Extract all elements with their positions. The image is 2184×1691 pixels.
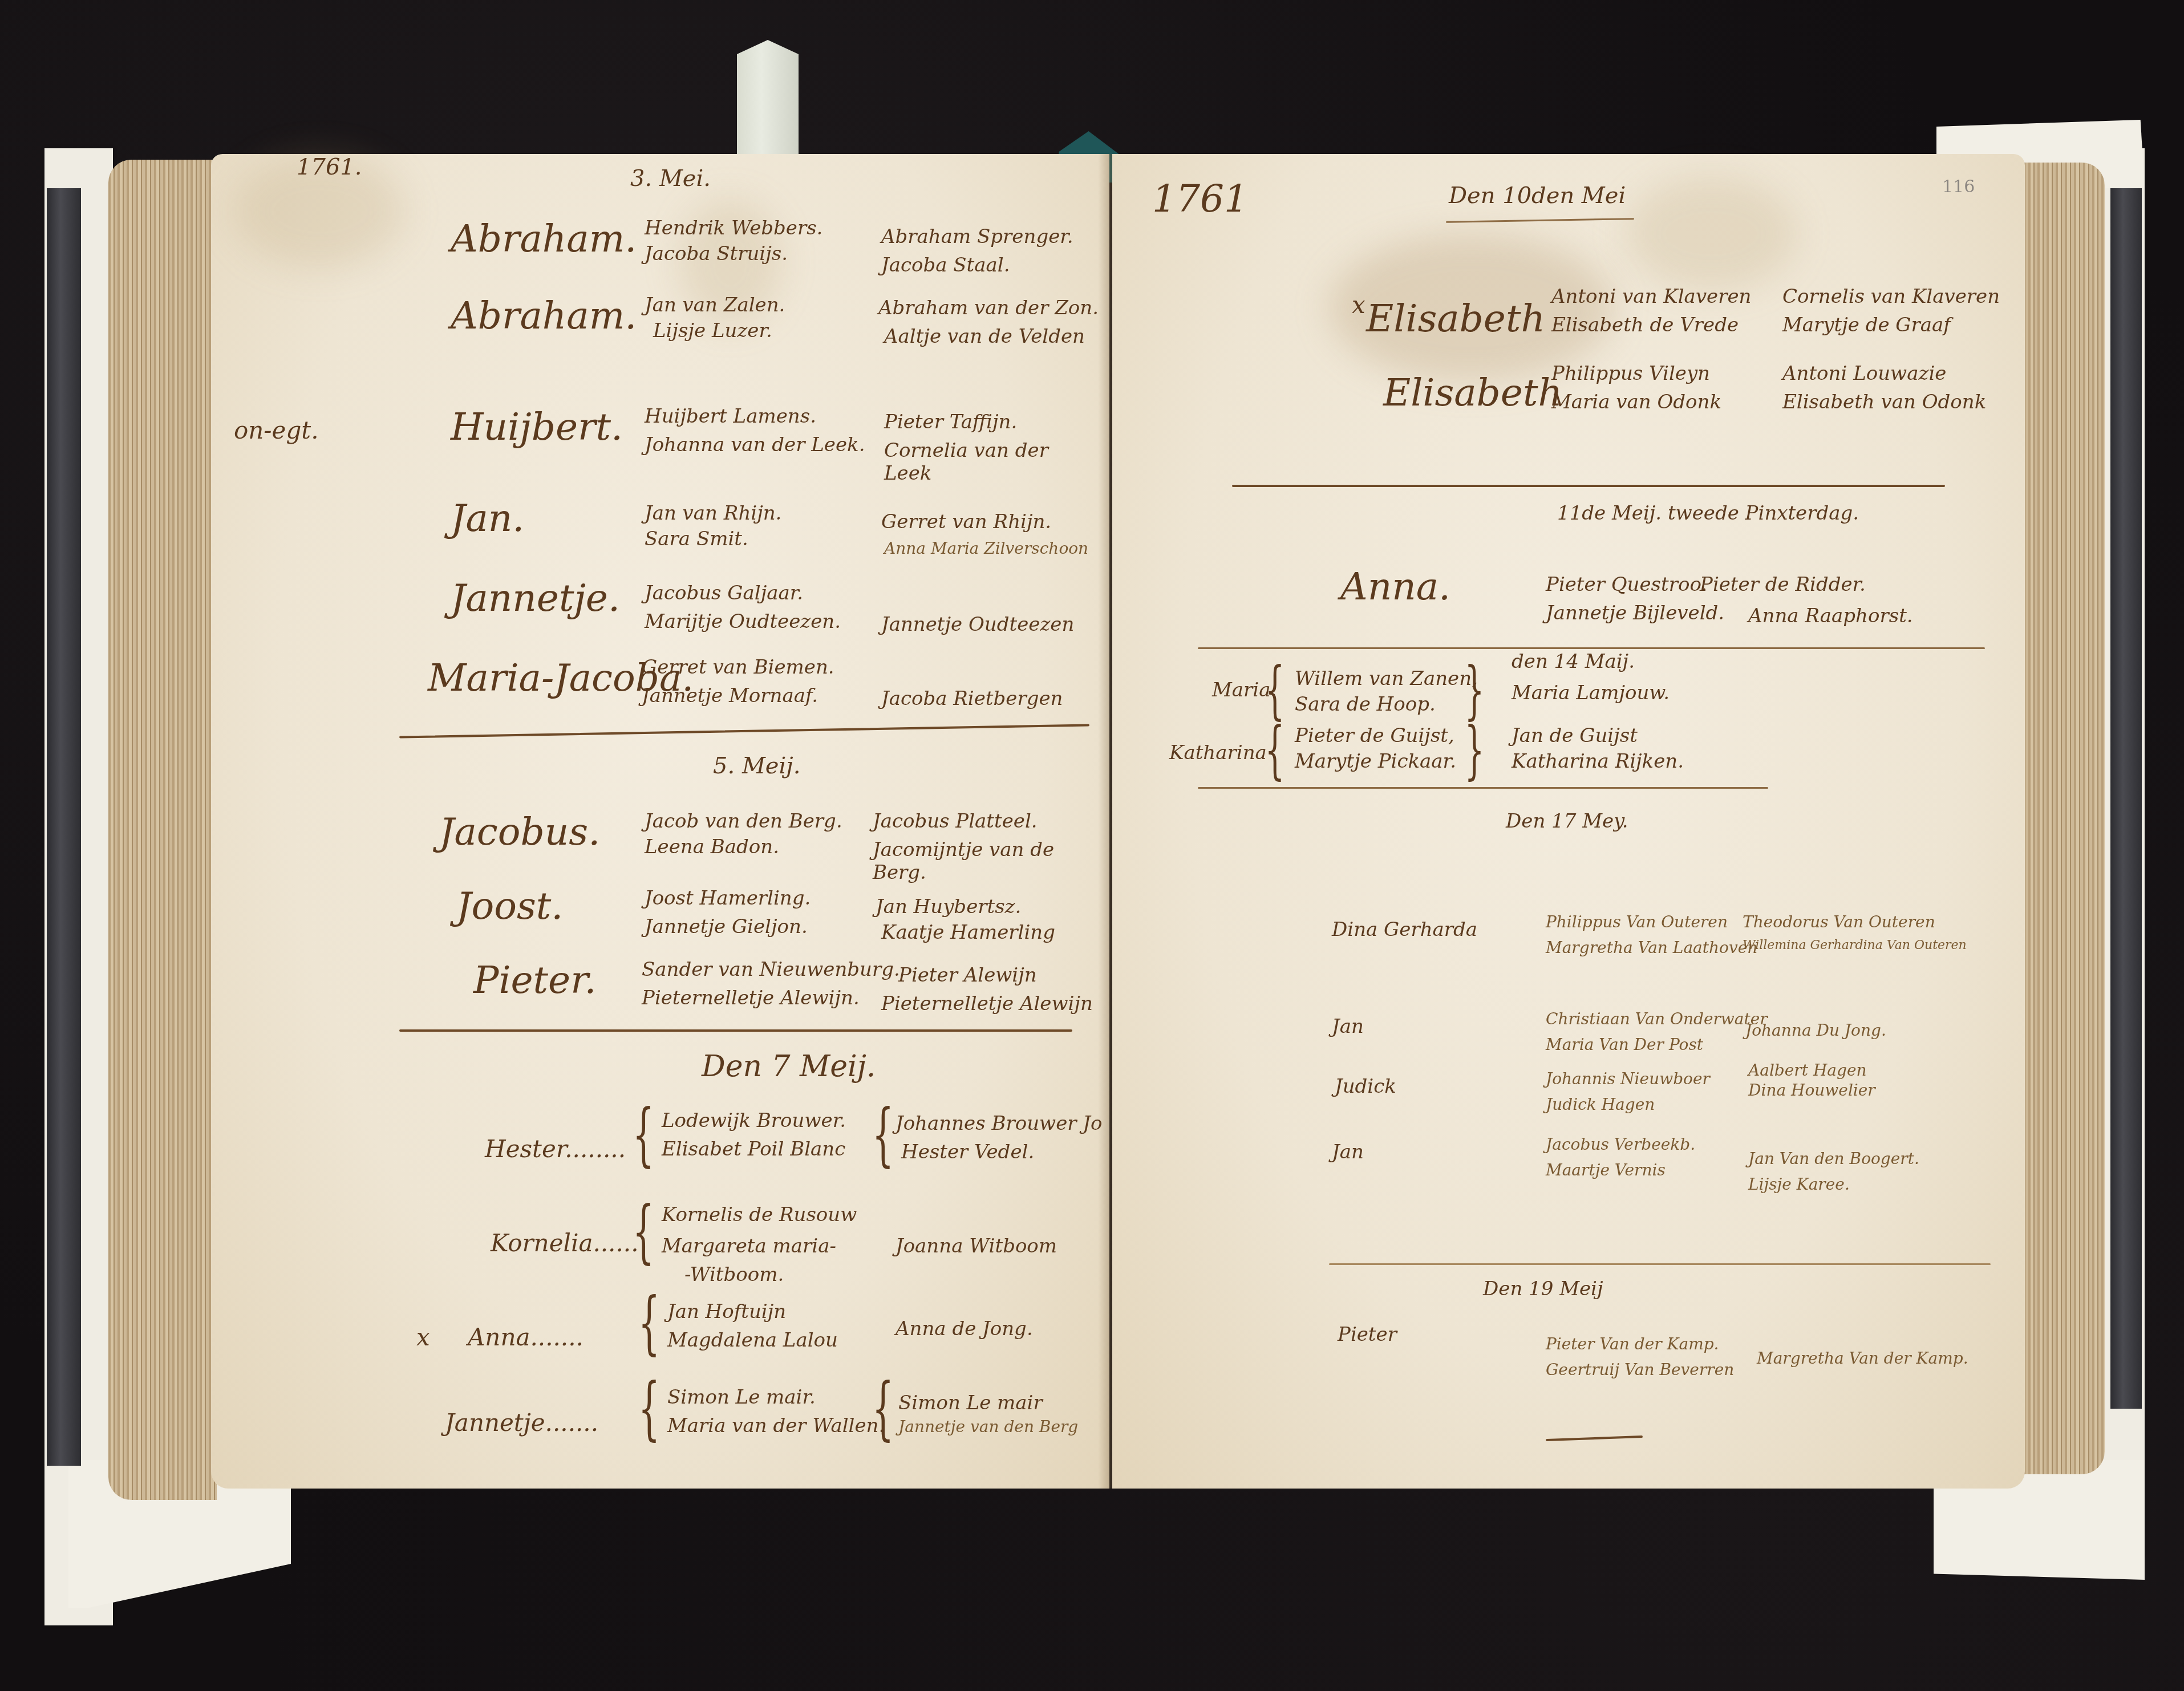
child-name: Pieter: [1338, 1323, 1397, 1346]
mother-name: Jacoba Struijs.: [645, 242, 788, 265]
mother-name: Marijtje Oudteezen.: [645, 610, 841, 633]
legitimacy-note: on-egt.: [234, 416, 319, 444]
section-divider: [1329, 1263, 1991, 1265]
witness-name: Anna Maria Zilverschoon: [884, 539, 1088, 558]
right-page: 1761 Den 10den Mei 116 x Elisabeth Anton…: [1112, 154, 2025, 1489]
father-name: Kornelis de Rusouw: [662, 1203, 857, 1226]
bracket: {: [872, 1101, 894, 1169]
mother-name: Maria van Odonk: [1551, 391, 1721, 413]
mother-name: Pieternelletje Alewijn.: [642, 987, 860, 1009]
witness-name: Anna de Jong.: [896, 1317, 1033, 1340]
father-name: Philippus Van Outeren: [1546, 913, 1728, 931]
child-name: Elisabeth: [1383, 371, 1562, 415]
mother-name: Sara de Hoop.: [1295, 693, 1436, 716]
witness-name: Marytje de Graaf: [1782, 314, 1951, 336]
child-name: Jan: [1332, 1141, 1364, 1163]
father-name: Pieter Van der Kamp.: [1546, 1335, 1719, 1353]
witness-name: Margretha Van der Kamp.: [1757, 1349, 1968, 1368]
child-name: Katharina: [1169, 741, 1267, 764]
mother-name: Lijsje Luzer.: [653, 319, 772, 342]
father-name: Gerret van Biemen.: [642, 656, 834, 679]
year-label: 1761: [1152, 177, 1248, 221]
witness-name: Jan Van den Boogert.: [1748, 1149, 1919, 1168]
date-heading: 3. Mei.: [630, 165, 711, 192]
date-heading: 5. Meij.: [713, 753, 800, 779]
child-name: Pieter.: [473, 958, 596, 1002]
mother-name: Margareta maria-: [662, 1235, 836, 1258]
witness-name: Jan de Guijst: [1512, 724, 1638, 747]
mother-name: Leena Badon.: [645, 836, 779, 858]
bracket: }: [1465, 659, 1485, 721]
witness-name: Jacobus Platteel.: [873, 810, 1038, 833]
father-name: Philippus Vileyn: [1551, 362, 1710, 385]
witness-name: Jacoba Staal.: [881, 254, 1010, 277]
witness-name: Jannetje van den Berg: [898, 1417, 1078, 1436]
bracket: {: [638, 1289, 660, 1357]
witness-name: Gerret van Rhijn.: [881, 510, 1051, 533]
child-name: Kornelia......: [491, 1229, 639, 1257]
witness-name: Elisabeth van Odonk: [1782, 391, 1986, 413]
witness-name: Cornelia van der Leek: [884, 439, 1089, 485]
father-name: Jacob van den Berg.: [645, 810, 842, 833]
child-name: Jacobus.: [439, 810, 600, 854]
section-divider: [1232, 485, 1945, 487]
child-name: Dina Gerharda: [1332, 918, 1477, 941]
mother-name: Elisabeth de Vrede: [1551, 314, 1739, 336]
support-strap-right: [2110, 188, 2142, 1409]
page-block-edges-right: [2019, 163, 2105, 1474]
witness-name: Pieternelletje Alewijn: [881, 992, 1093, 1015]
mother-name: Marytje Pickaar.: [1295, 750, 1456, 773]
child-name: Hester........: [485, 1135, 626, 1163]
witness-name: Aaltje van de Velden: [884, 325, 1085, 348]
witness-name: Theodorus Van Outeren: [1743, 913, 1935, 931]
bracket: {: [633, 1198, 654, 1266]
father-name: Sander van Nieuwenburg.: [642, 958, 900, 981]
witness-name: Antoni Louwazie: [1782, 362, 1946, 385]
bracket: {: [1265, 659, 1285, 721]
witness-name: Joanna Witboom: [896, 1235, 1057, 1258]
child-name: Anna.......: [468, 1323, 584, 1351]
mother-name: Margretha Van Laathoven: [1546, 938, 1757, 957]
child-name: Judick: [1335, 1075, 1396, 1098]
date-heading: 11de Meij. tweede Pinxterdag.: [1557, 502, 1859, 525]
witness-name: Anna Raaphorst.: [1748, 605, 1913, 627]
date-heading: Den 17 Mey.: [1506, 810, 1628, 833]
section-divider: [399, 724, 1089, 738]
mother-name: Judick Hagen: [1546, 1095, 1655, 1114]
father-name: Lodewijk Brouwer.: [662, 1109, 846, 1132]
mother-name: Elisabet Poil Blanc: [662, 1138, 845, 1161]
mother-name: Sara Smit.: [645, 528, 748, 550]
date-heading: Den 10den Mei: [1449, 183, 1626, 209]
father-name: Huijbert Lamens.: [645, 405, 816, 428]
bracket: {: [633, 1101, 654, 1169]
witness-name: Abraham Sprenger.: [881, 225, 1073, 248]
mother-name-cont: -Witboom.: [684, 1263, 784, 1286]
witness-name: Jan Huybertsz.: [876, 895, 1021, 918]
father-name: Hendrik Webbers.: [645, 217, 822, 240]
mother-name: Magdalena Lalou: [667, 1329, 838, 1352]
witness-name: Lijsje Karee.: [1748, 1175, 1850, 1194]
father-name: Willem van Zanen,: [1295, 667, 1478, 690]
witness-name: Maria Lamjouw.: [1512, 682, 1670, 704]
support-strap-left: [47, 188, 81, 1466]
father-name: Pieter de Guijst,: [1295, 724, 1454, 747]
cross-mark: x: [416, 1323, 430, 1351]
bracket: {: [638, 1374, 660, 1443]
mother-name: Maria Van Der Post: [1546, 1035, 1703, 1054]
date-heading: Den 19 Meij: [1483, 1278, 1603, 1300]
mother-name: Geertruij Van Beverren: [1546, 1360, 1734, 1379]
child-name: Huijbert.: [451, 405, 623, 449]
father-name: Antoni van Klaveren: [1551, 285, 1752, 308]
witness-name: Jannetje Oudteezen: [881, 613, 1074, 636]
mother-name: Maria van der Wallen.: [667, 1414, 885, 1437]
bracket: {: [872, 1374, 894, 1443]
section-divider: [1198, 647, 1985, 649]
mother-name: Johanna van der Leek.: [645, 433, 865, 456]
father-name: Jan van Zalen.: [645, 294, 785, 317]
child-name: Anna.: [1340, 565, 1450, 609]
child-name: Abraham.: [451, 294, 637, 338]
child-name: Jan: [1332, 1015, 1364, 1038]
witness-name: Johanna Du Jong.: [1745, 1021, 1886, 1040]
child-name: Jan.: [451, 496, 524, 540]
date-underline: [1446, 218, 1634, 223]
child-name: Joost.: [456, 884, 563, 928]
witness-name: Jacomijntje van de Berg.: [873, 838, 1089, 884]
child-name: Abraham.: [451, 217, 637, 261]
witness-name: Aalbert Hagen: [1748, 1061, 1867, 1080]
father-name: Jacobus Galjaar.: [645, 582, 803, 605]
section-divider: [1198, 787, 1768, 789]
father-name: Joost Hamerling.: [645, 887, 811, 910]
father-name: Jacobus Verbeekb.: [1546, 1135, 1695, 1154]
page-block-edges-left: [108, 160, 217, 1500]
witness-name: Katharina Rijken.: [1512, 750, 1684, 773]
father-name: Jan Hoftuijn: [667, 1300, 786, 1323]
date-heading: Den 7 Meij.: [702, 1049, 876, 1084]
bracket: {: [1265, 719, 1285, 781]
witness-name: Abraham van der Zon.: [878, 297, 1099, 319]
father-name: Pieter Questroo.: [1546, 573, 1707, 596]
year-label: 1761.: [297, 154, 362, 180]
cross-mark: x: [1352, 291, 1365, 319]
mother-name: Jannetje Bijleveld.: [1546, 602, 1724, 625]
water-stain: [1626, 177, 1797, 291]
witness-name: Dina Houwelier: [1748, 1081, 1875, 1100]
witness-name: Johannes Brouwer Jo: [896, 1112, 1102, 1135]
mother-name: Maartje Vernis: [1546, 1161, 1666, 1179]
closing-rule: [1546, 1435, 1643, 1441]
bracket: }: [1465, 719, 1485, 781]
mother-name: Jannetje Gieljon.: [645, 915, 808, 938]
witness-name: Jacoba Rietbergen: [881, 687, 1063, 710]
mother-name: Jannetje Mornaaf.: [642, 684, 818, 707]
date-heading: den 14 Maij.: [1512, 650, 1635, 673]
father-name: Johannis Nieuwboer: [1546, 1069, 1710, 1088]
witness-name: Simon Le mair: [898, 1392, 1043, 1414]
section-divider: [399, 1029, 1072, 1032]
father-name: Simon Le mair.: [667, 1386, 816, 1409]
child-name: Elisabeth: [1366, 297, 1545, 340]
witness-name: Willemina Gerhardina Van Outeren: [1743, 938, 1967, 952]
witness-name: Pieter Taffijn.: [884, 411, 1017, 433]
witness-name: Hester Vedel.: [901, 1141, 1034, 1163]
child-name: Jannetje.......: [445, 1409, 598, 1437]
witness-name: Cornelis van Klaveren: [1782, 285, 2000, 308]
witness-name: Pieter de Ridder.: [1700, 573, 1866, 596]
father-name: Christiaan Van Onderwater: [1546, 1009, 1768, 1028]
page-number: 116: [1942, 177, 1975, 197]
father-name: Jan van Rhijn.: [645, 502, 781, 525]
child-name: Jannetje.: [451, 576, 620, 620]
left-page: 1761. 3. Mei. Abraham. Hendrik Webbers. …: [211, 154, 1109, 1489]
witness-name: Pieter Alewijn: [898, 964, 1037, 987]
witness-name: Kaatje Hamerling: [881, 921, 1055, 944]
